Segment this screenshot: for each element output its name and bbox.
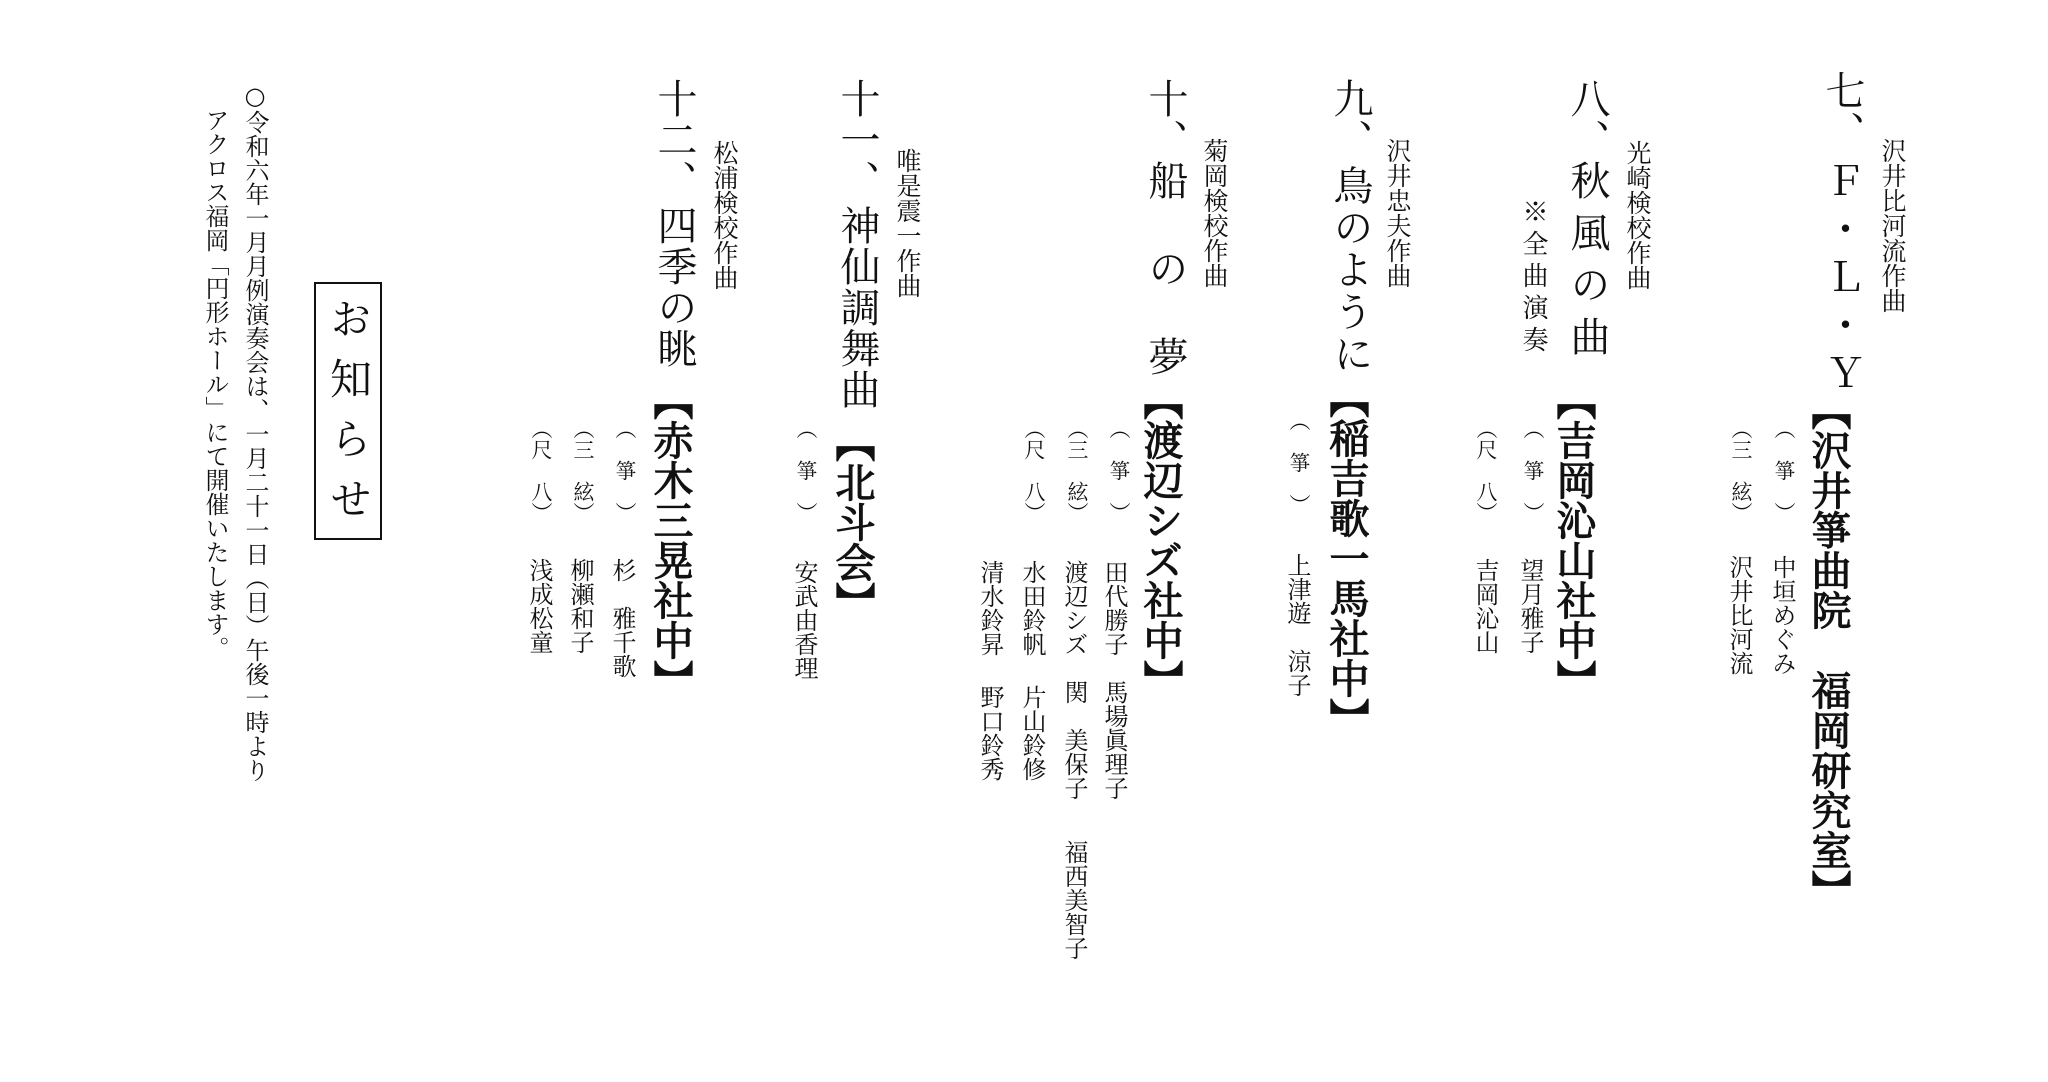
performer-name: 安武由香理 [792,560,816,680]
instrument-label: （尺 八） [1475,418,1496,523]
group-name: 【赤木三晃社中】 [650,380,690,700]
program-note: ※全曲演奏 [1520,198,1546,358]
instrument-label: （ 箏 ） [795,418,816,523]
performer-name: 上津遊 涼子 [1285,553,1309,697]
composer: 唯是震一作曲 [895,148,920,298]
performer-name: 野口鈴秀 [978,685,1002,781]
instrument-label: （三 絃） [1730,418,1751,523]
program-title: 船 の 夢 [1145,160,1185,380]
performer-name: 柳瀬和子 [568,558,592,654]
group-name: 【渡辺シズ社中】 [1140,380,1180,700]
group-name: 【北斗会】 [832,422,872,622]
instrument-label: （三 絃） [1066,418,1087,523]
instrument-label: （尺 八） [530,418,551,523]
composer: 松浦検校作曲 [712,140,737,290]
performer-name: 清水鈴昇 [978,560,1002,656]
instrument-label: （ 箏 ） [614,418,635,523]
instrument-label: （ 箏 ） [1288,410,1309,515]
performer-name: 中垣めぐみ [1770,555,1794,675]
instrument-label: （三 絃） [572,418,593,523]
performer-name: 水田鈴帆 [1020,560,1044,656]
performer-name: 田代勝子 [1102,560,1126,656]
instrument-label: （ 箏 ） [1108,418,1129,523]
program-number: 八、 [1567,78,1607,160]
performer-name: 望月雅子 [1518,558,1542,654]
program-number: 九、 [1330,78,1370,160]
program-title: Ｆ・Ｌ・Ｙ [1822,160,1862,400]
program-title: 神仙調舞曲 [837,205,877,410]
performer-name: 関 美保子 [1062,680,1086,800]
performer-name: 福西美智子 [1062,840,1086,960]
group-name: 【稲吉歌一馬社中】 [1326,378,1366,738]
program-title: 四季の眺 [654,205,694,369]
composer: 光崎検校作曲 [1625,140,1650,290]
performer-name: 浅成松童 [527,558,551,654]
composer: 沢井比河流作曲 [1880,138,1905,313]
group-name: 【吉岡沁山社中】 [1553,380,1593,700]
performer-name: 片山鈴修 [1020,685,1044,781]
program-title: 秋風の曲 [1567,160,1607,368]
program-title: 鳥のように [1330,165,1370,375]
notice-heading: お知らせ [314,282,382,540]
instrument-label: （ 箏 ） [1773,418,1794,523]
notice-line-2: アクロス福岡「円形ホール」にて開催いたします。 [203,108,227,660]
program-number: 七、 [1822,70,1862,152]
composer: 菊岡検校作曲 [1202,138,1227,288]
program-number: 十、 [1145,78,1185,160]
program-number: 十二、 [654,78,694,201]
composer: 沢井忠夫作曲 [1385,138,1410,288]
performer-name: 沢井比河流 [1727,555,1751,675]
performer-name: 吉岡沁山 [1473,558,1497,654]
group-name: 【沢井箏曲院 福岡研究室】 [1808,390,1848,910]
instrument-label: （尺 八） [1023,418,1044,523]
performer-name: 渡辺シズ [1062,560,1086,656]
performer-name: 杉 雅千歌 [610,558,634,678]
notice-line-1: ○令和六年一月月例演奏会は、一月二十一日（日）午後一時より [243,82,267,782]
program-number: 十一、 [837,78,877,201]
performer-name: 馬場眞理子 [1102,680,1126,800]
instrument-label: （ 箏 ） [1522,418,1543,523]
